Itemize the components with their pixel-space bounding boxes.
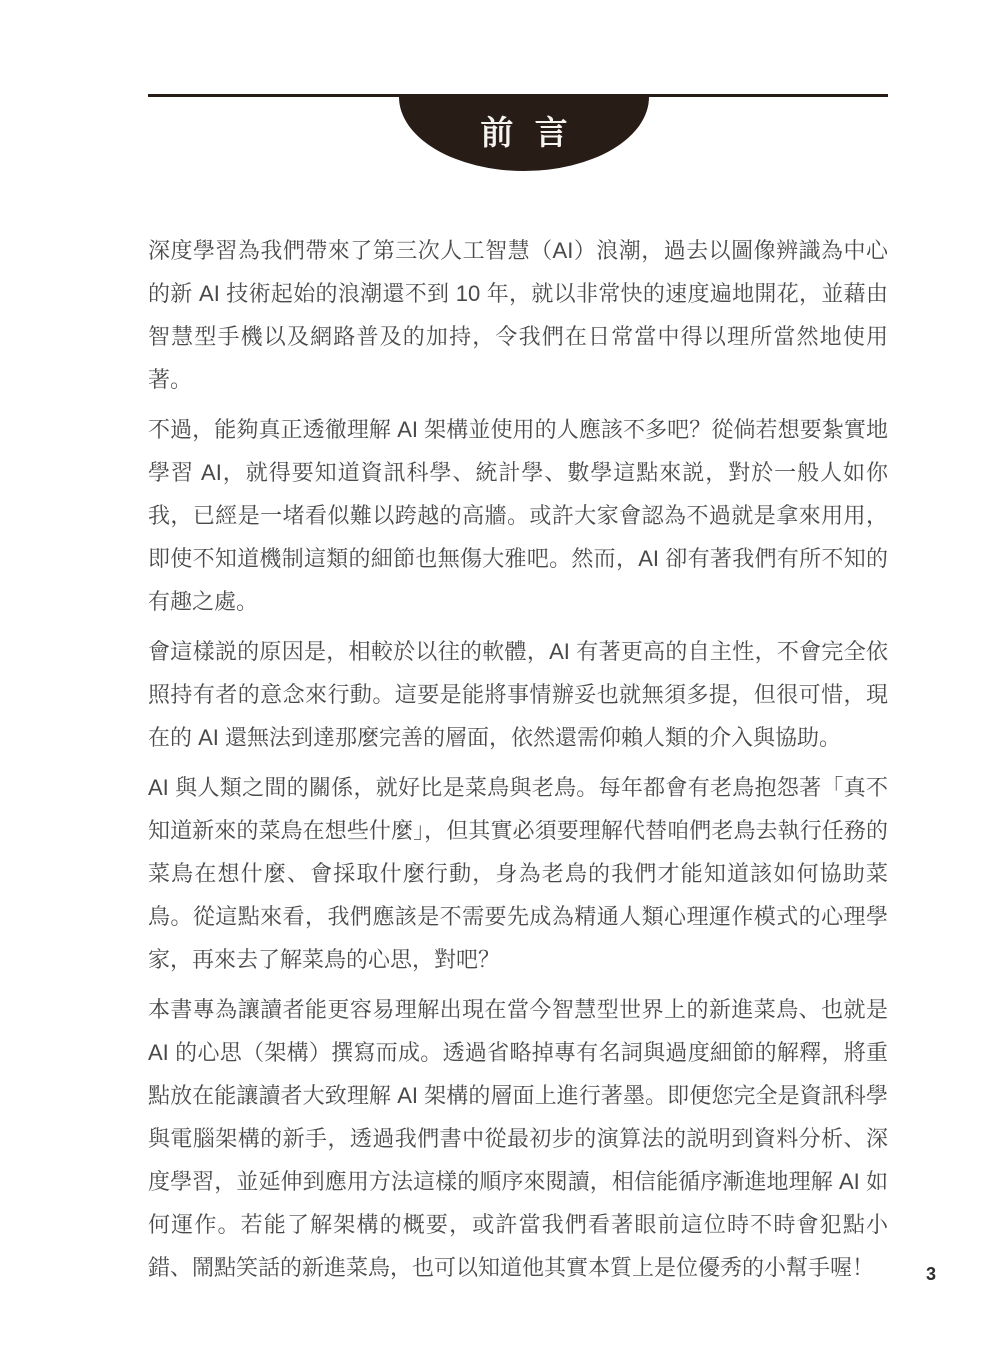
book-page: 前 言 深度學習為我們帶來了第三次人工智慧（AI）浪潮，過去以圖像辨識為中心的新… — [0, 0, 1000, 1353]
preface-paragraph-1: 深度學習為我們帶來了第三次人工智慧（AI）浪潮，過去以圖像辨識為中心的新 AI … — [148, 229, 888, 401]
preface-paragraph-4: AI 與人類之間的關係，就好比是菜鳥與老鳥。每年都會有老鳥抱怨著「真不知道新來的… — [148, 766, 888, 981]
preface-paragraph-2: 不過，能夠真正透徹理解 AI 架構並使用的人應該不多吧？從倘若想要紮實地學習 A… — [148, 408, 888, 623]
preface-paragraph-3: 會這樣説的原因是，相較於以往的軟體，AI 有著更高的自主性，不會完全依照持有者的… — [148, 630, 888, 759]
page-number: 3 — [916, 1264, 946, 1285]
preface-badge: 前 言 — [399, 97, 649, 171]
preface-title: 前 言 — [474, 107, 573, 154]
preface-paragraph-5: 本書專為讓讀者能更容易理解出現在當今智慧型世界上的新進菜鳥、也就是 AI 的心思… — [148, 988, 888, 1289]
preface-body: 深度學習為我們帶來了第三次人工智慧（AI）浪潮，過去以圖像辨識為中心的新 AI … — [148, 229, 888, 1289]
